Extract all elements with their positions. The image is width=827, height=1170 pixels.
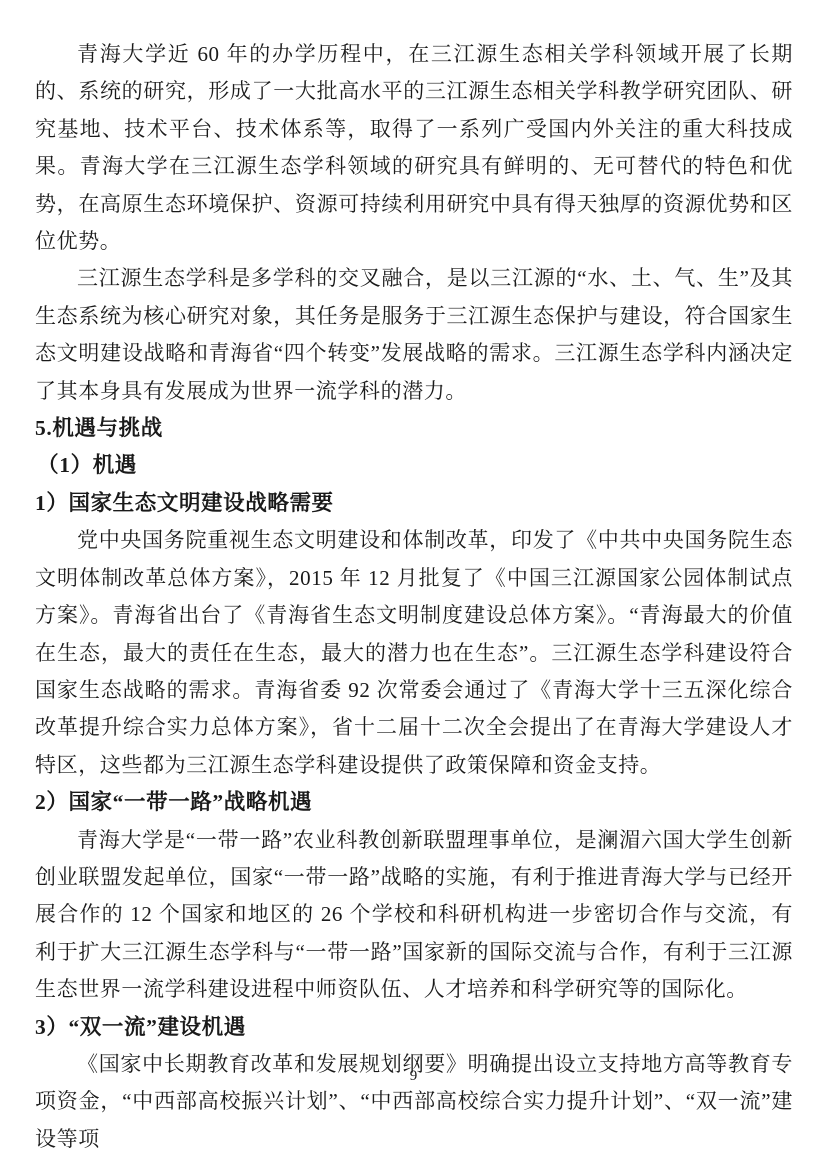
document-page: 青海大学近 60 年的办学历程中，在三江源生态相关学科领域开展了长期的、系统的研… [0,0,827,1170]
heading-national-eco-civilization-strategy: 1）国家生态文明建设战略需要 [35,485,793,522]
paragraph-eco-civilization-strategy: 党中央国务院重视生态文明建设和体制改革，印发了《中共中央国务院生态文明体制改革总… [35,522,793,784]
heading-opportunities-and-challenges: 5.机遇与挑战 [35,410,793,447]
heading-double-first-class: 3）“双一流”建设机遇 [35,1009,793,1046]
heading-belt-and-road-strategy: 2）国家“一带一路”战略机遇 [35,784,793,821]
paragraph-discipline-intro: 三江源生态学科是多学科的交叉融合，是以三江源的“水、土、气、生”及其生态系统为核… [35,260,793,410]
paragraph-university-history: 青海大学近 60 年的办学历程中，在三江源生态相关学科领域开展了长期的、系统的研… [35,36,793,260]
paragraph-double-first-class: 《国家中长期教育改革和发展规划纲要》明确提出设立支持地方高等教育专项资金，“中西… [35,1046,793,1158]
page-number: 9 [0,1066,827,1086]
paragraph-belt-and-road: 青海大学是“一带一路”农业科教创新联盟理事单位，是澜湄六国大学生创新创业联盟发起… [35,822,793,1009]
document-content: 青海大学近 60 年的办学历程中，在三江源生态相关学科领域开展了长期的、系统的研… [35,36,793,1158]
heading-opportunities: （1）机遇 [35,447,793,484]
